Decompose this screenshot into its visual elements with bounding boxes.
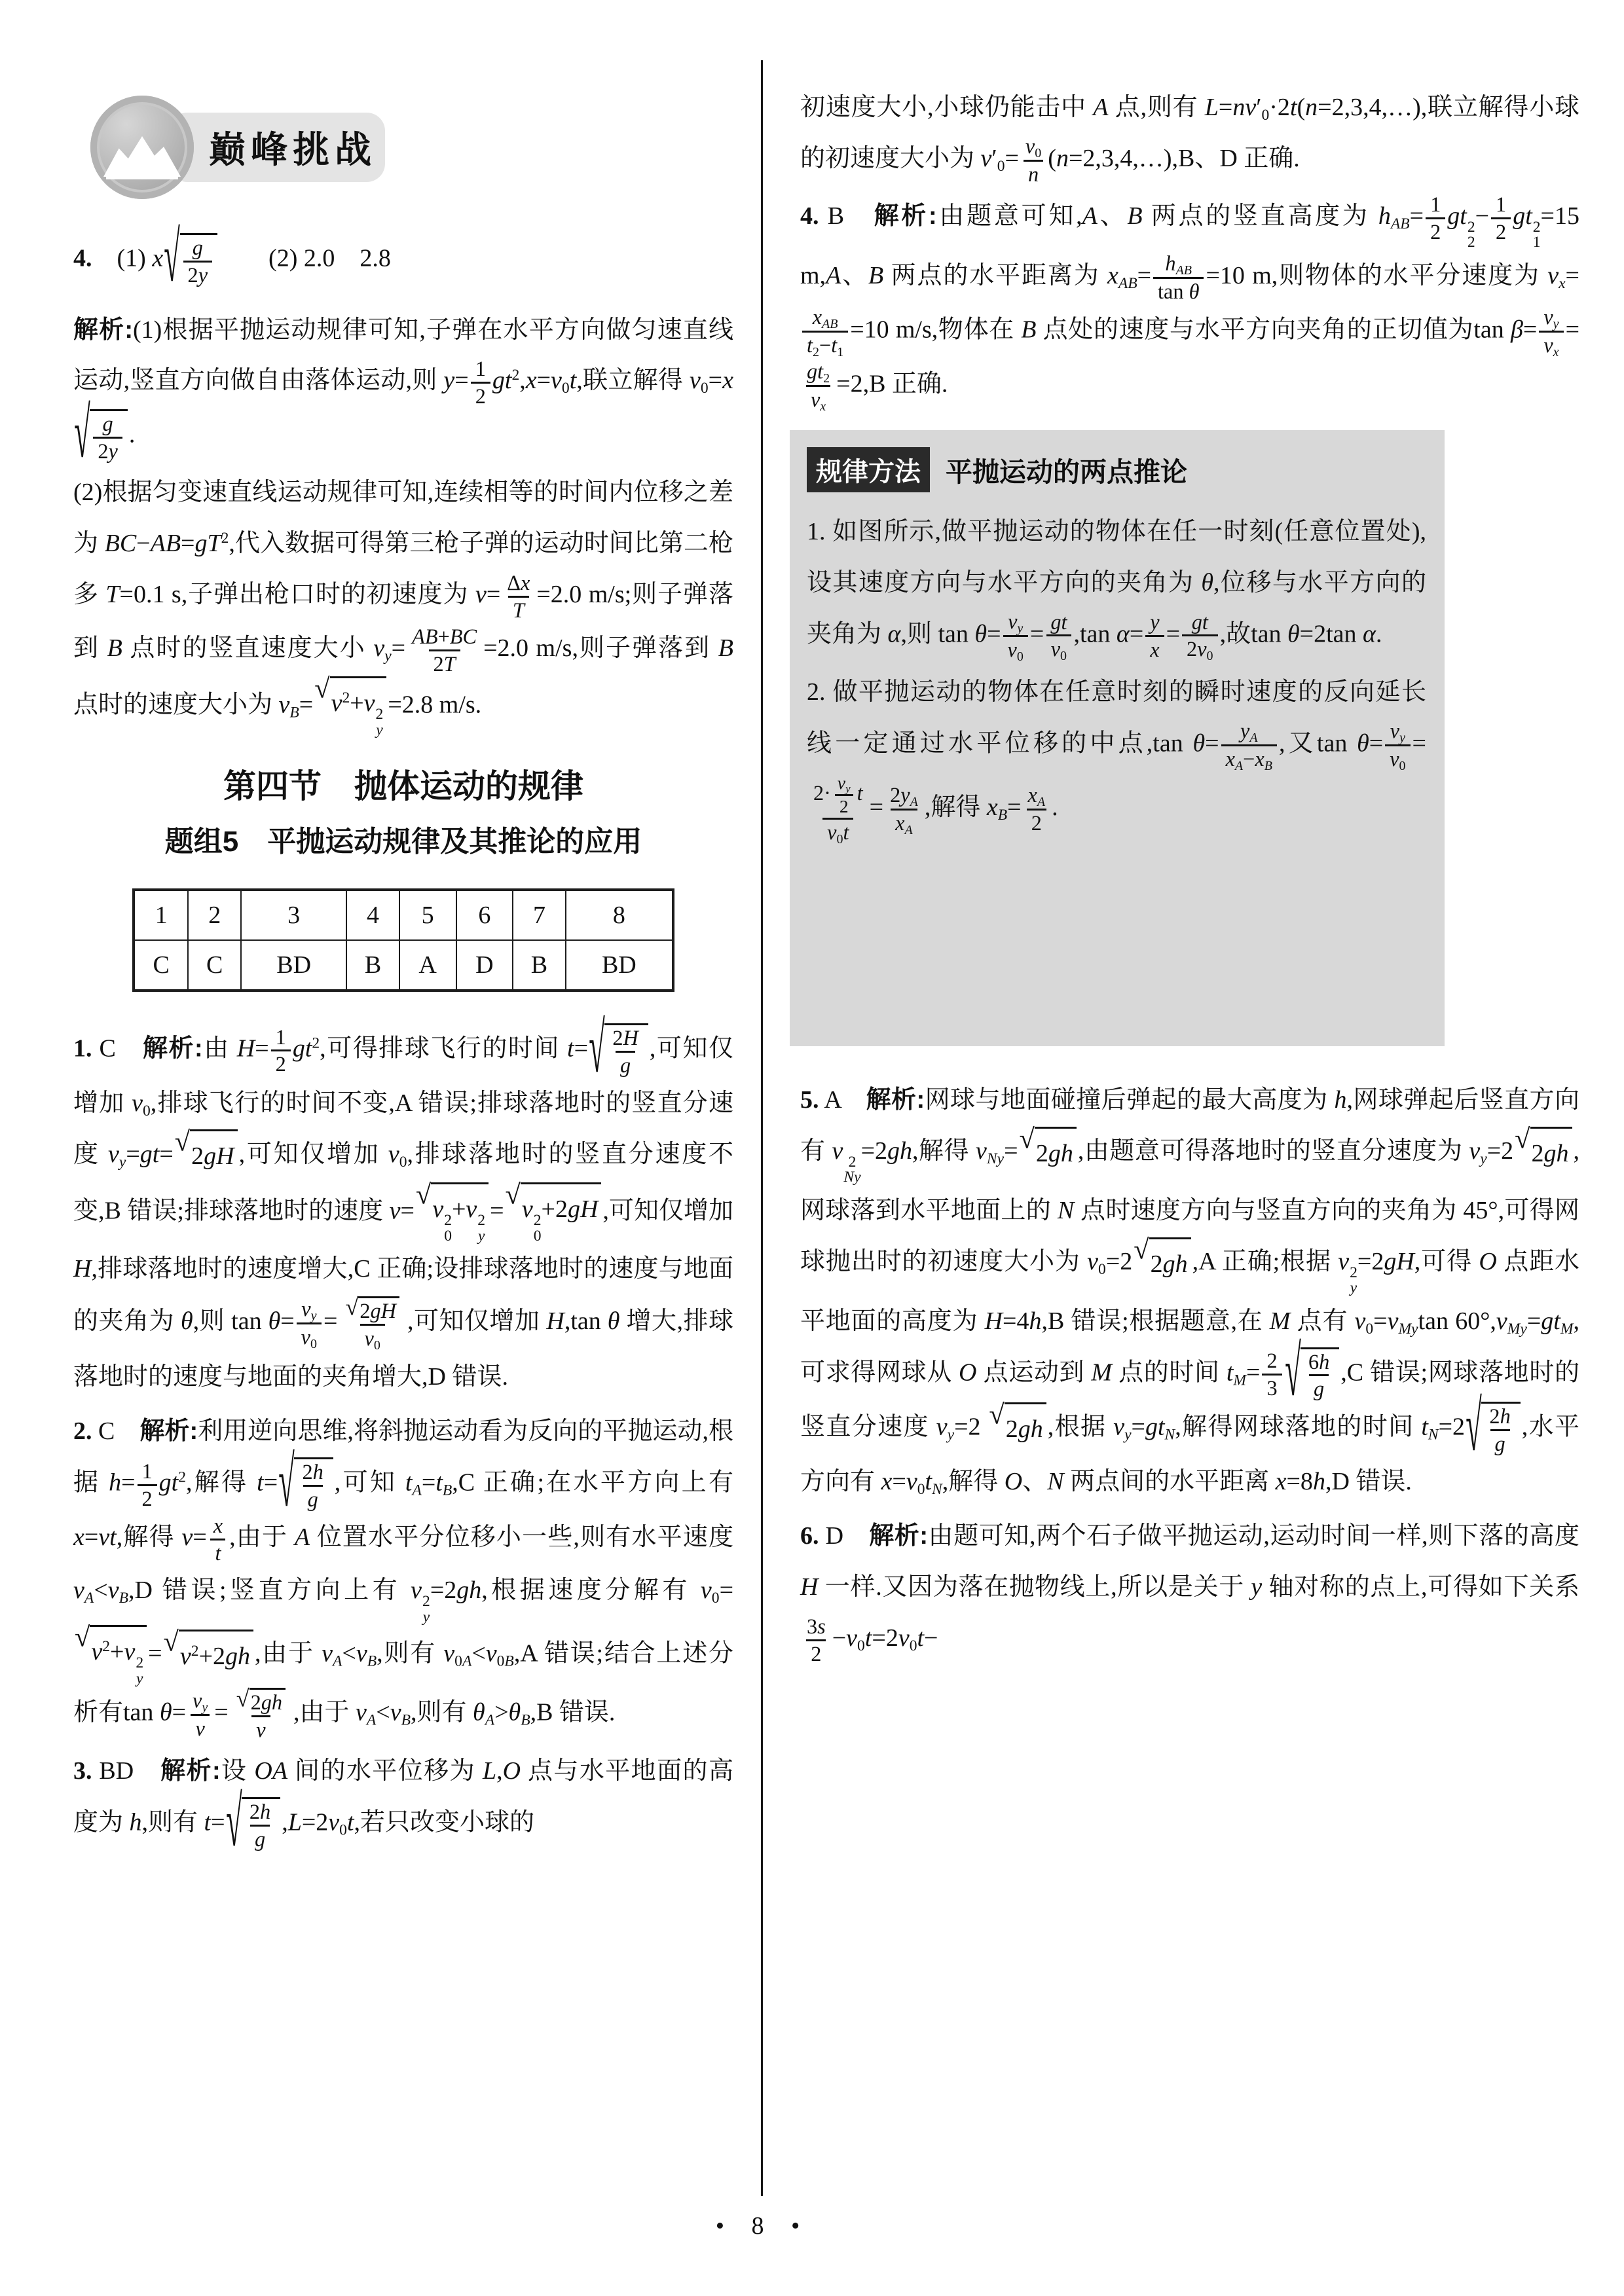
answer-table-header: 2 xyxy=(188,890,241,940)
answer-table: 12345678CCBDBADBBD xyxy=(132,888,674,992)
answer-line-q4: 4. (1) x√g2y (2) 2.0 2.8 xyxy=(73,233,733,288)
answer-table-cell: A xyxy=(399,940,456,991)
answer-table-cell: BD xyxy=(241,940,346,991)
challenge-badge: 巅峰挑战 xyxy=(90,96,392,200)
page-number: • 8 • xyxy=(668,2212,858,2240)
badge-label: 巅峰挑战 xyxy=(209,121,377,173)
page: 巅峰挑战 4. (1) x√g2y (2) 2.0 2.8解析:(1)根据平抛运… xyxy=(0,0,1624,2296)
answer-table-header: 7 xyxy=(513,890,566,940)
answer-table-header: 1 xyxy=(134,890,188,940)
solution-2: 2. C 解析:利用逆向思维,将斜抛运动看为反向的平抛运动,根据 h=12gt2… xyxy=(73,1406,733,1742)
answer-table-header: 3 xyxy=(241,890,346,940)
solution-q4-part2: (2)根据匀变速直线运动规律可知,连续相等的时间内位移之差为 BC−AB=gT2… xyxy=(73,467,733,738)
solution-4: 4. B 解析:由题意可知,A、B 两点的竖直高度为 hAB=12gt22−12… xyxy=(800,191,1579,413)
solution-3: 3. BD 解析:设 OA 间的水平位移为 L,O 点与水平地面的高度为 h,则… xyxy=(73,1746,733,1851)
answer-table-cell: D xyxy=(456,940,513,991)
mountain-icon xyxy=(103,136,181,177)
answer-table-cell: BD xyxy=(566,940,673,991)
right-column: 初速度大小,小球仍能击中 A 点,则有 L=nv′0·2t(n=2,3,4,…)… xyxy=(800,82,1579,1671)
rule-box-title: 平抛运动的两点推论 xyxy=(946,450,1187,489)
column-divider xyxy=(761,60,763,2196)
answer-table-cell: B xyxy=(346,940,399,991)
topic-group-heading: 题组5 平抛运动规律及其推论的应用 xyxy=(73,818,733,860)
left-column: 4. (1) x√g2y (2) 2.0 2.8解析:(1)根据平抛运动规律可知… xyxy=(73,233,733,1856)
solution-3-continued: 初速度大小,小球仍能击中 A 点,则有 L=nv′0·2t(n=2,3,4,…)… xyxy=(800,82,1579,187)
rule-method-label: 规律方法 xyxy=(807,447,930,492)
rule-box-paragraph: 1. 如图所示,做平抛运动的物体在任一时刻(任意位置处),设其速度方向与水平方向… xyxy=(807,507,1426,663)
rule-box-paragraph: 2. 做平抛运动的物体在任意时刻的瞬时速度的反向延长线一定通过水平位移的中点,t… xyxy=(807,667,1426,846)
answer-table-cell: C xyxy=(188,940,241,991)
badge-pill: 巅峰挑战 xyxy=(169,113,385,182)
section-heading: 第四节 抛体运动的规律 xyxy=(73,760,733,807)
rule-method-box: 规律方法平抛运动的两点推论1. 如图所示,做平抛运动的物体在任一时刻(任意位置处… xyxy=(790,430,1445,1046)
answer-table-header: 8 xyxy=(566,890,673,940)
rule-box-header: 规律方法平抛运动的两点推论 xyxy=(807,447,1426,492)
answer-table-header: 5 xyxy=(399,890,456,940)
answer-table-cell: B xyxy=(513,940,566,991)
mountain-base-icon xyxy=(106,174,178,179)
solution-5: 5. A 解析:网球与地面碰撞后弹起的最大高度为 h,网球弹起后竖直方向有 v2… xyxy=(800,1075,1579,1507)
solution-6: 6. D 解析:由题可知,两个石子做平抛运动,运动时间一样,则下落的高度 H 一… xyxy=(800,1511,1579,1666)
answer-table-header: 6 xyxy=(456,890,513,940)
peak-mountain-icon xyxy=(90,96,194,199)
solution-q4-part1: 解析:(1)根据平抛运动规律可知,子弹在水平方向做匀速直线运动,竖直方向做自由落… xyxy=(73,305,733,464)
answer-table-header: 4 xyxy=(346,890,399,940)
solution-1: 1. C 解析:由 H=12gt2,可得排球飞行的时间 t=√2Hg,可知仅增加… xyxy=(73,1023,733,1402)
answer-table-cell: C xyxy=(134,940,188,991)
